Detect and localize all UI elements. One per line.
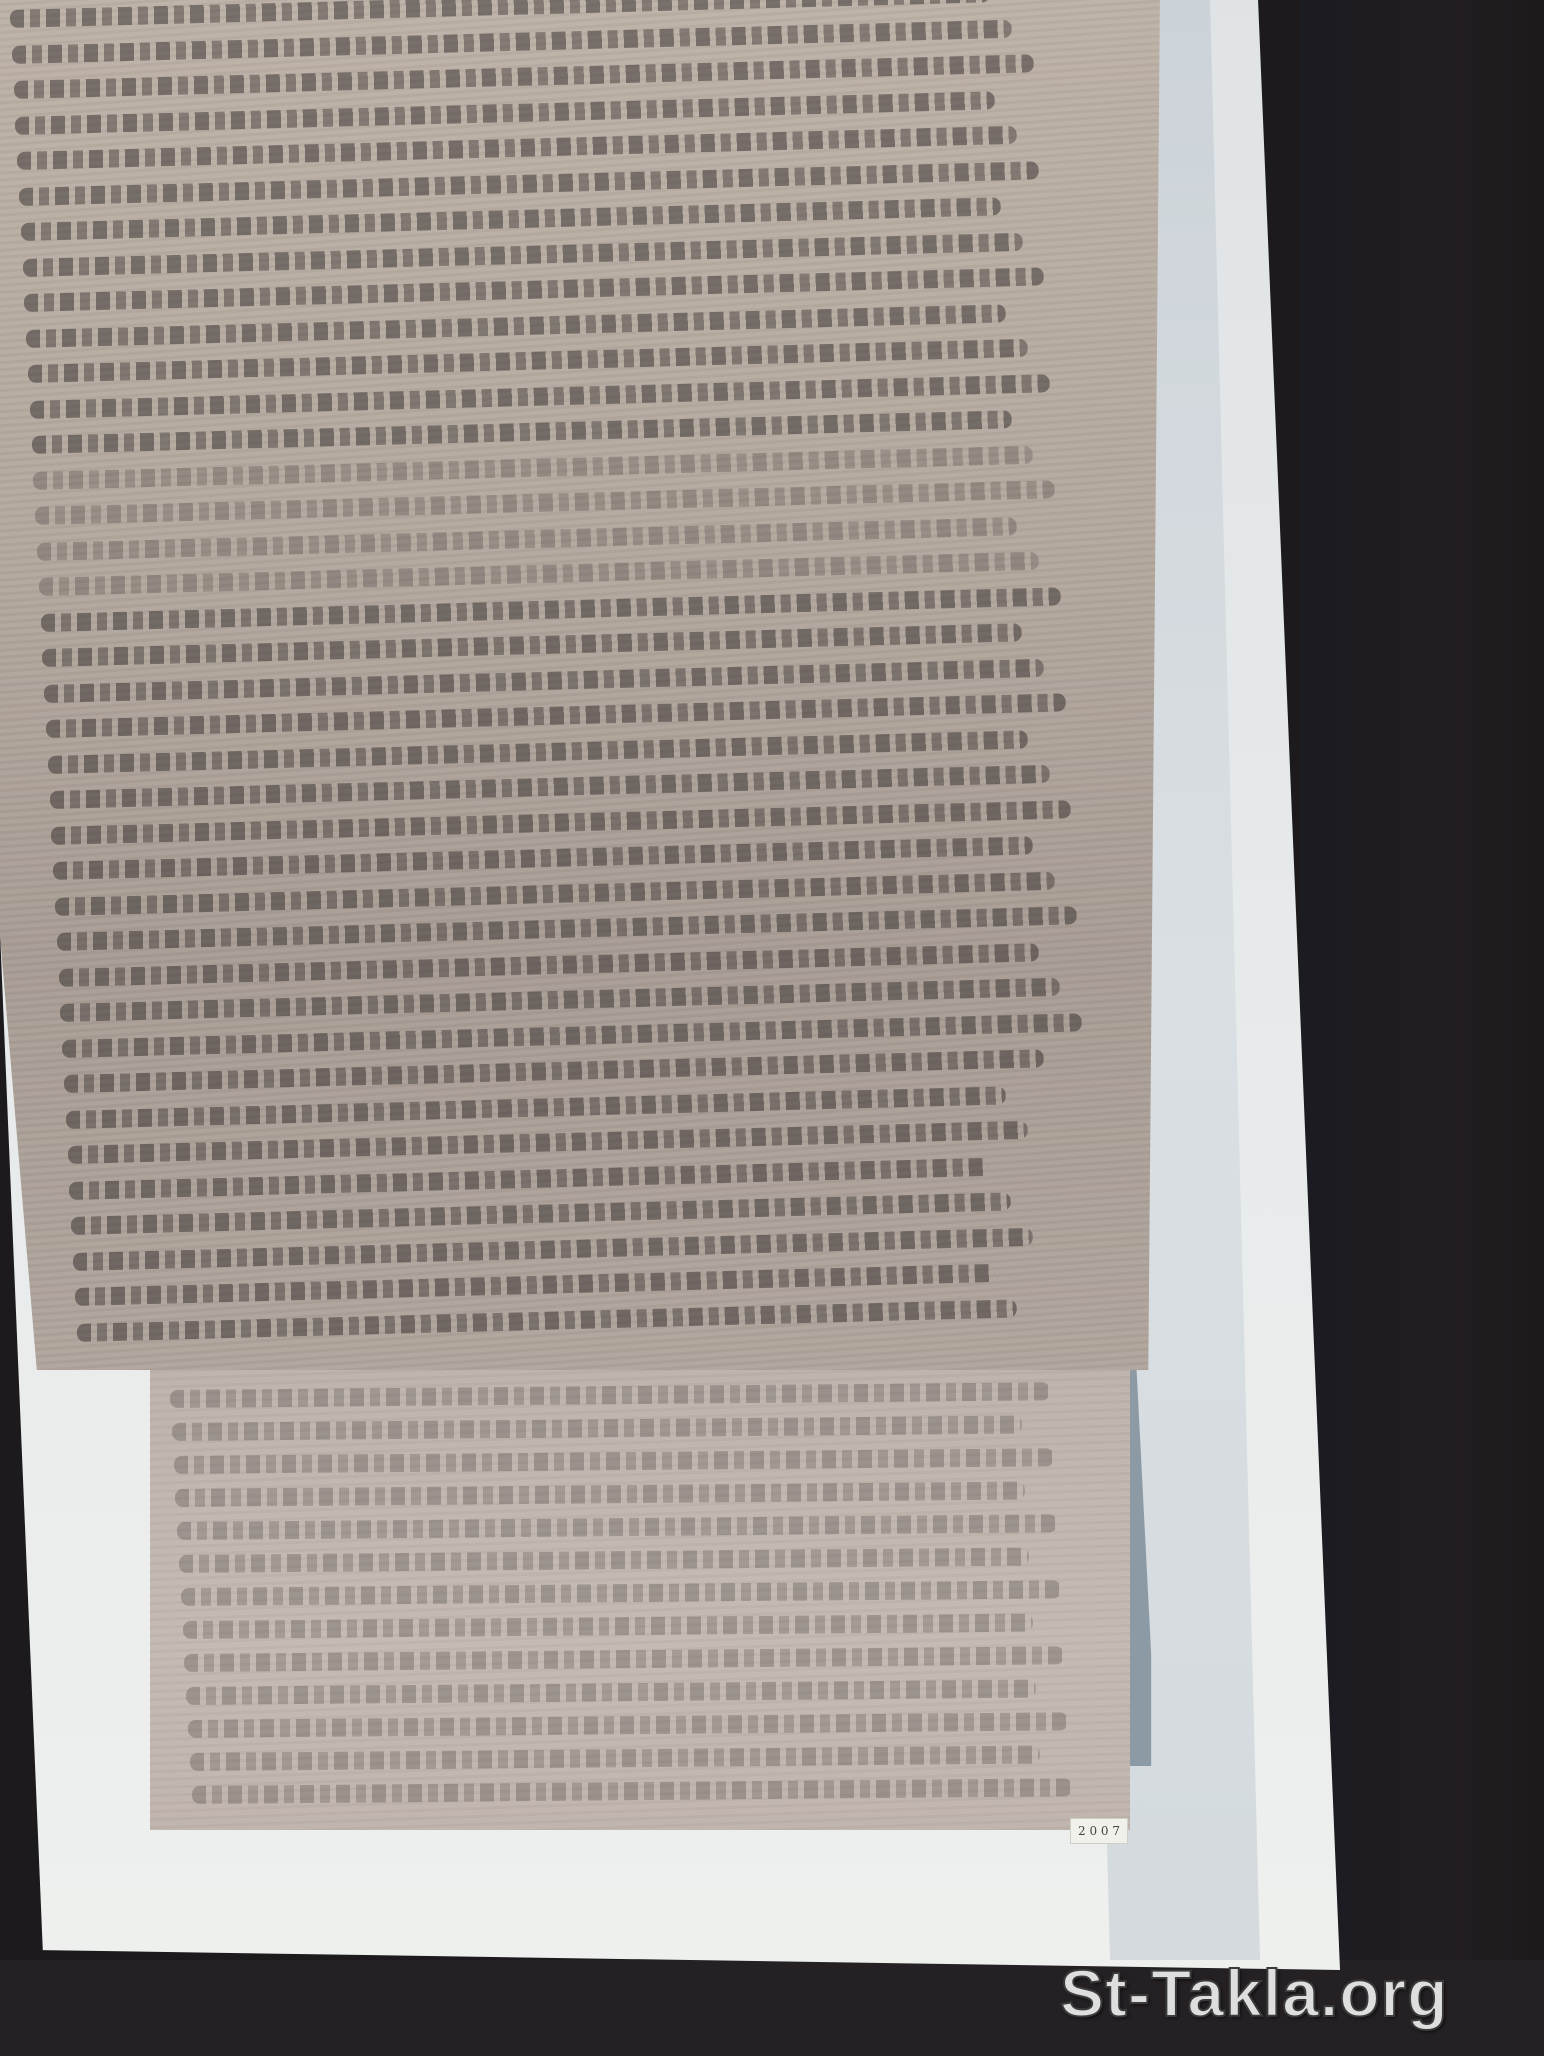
handwritten-text-line xyxy=(190,1746,1040,1771)
handwritten-text-line xyxy=(75,1264,995,1306)
handwritten-text-line xyxy=(175,1482,1025,1507)
handwritten-text-line xyxy=(67,1121,1027,1164)
handwritten-text-line xyxy=(186,1680,1036,1705)
handwritten-text-line xyxy=(64,1049,1044,1093)
handwritten-text-line xyxy=(181,1580,1061,1606)
handwritten-text-line xyxy=(44,658,1044,702)
handwritten-text-line xyxy=(13,54,1033,99)
handwritten-text-line xyxy=(174,1448,1054,1474)
handwritten-text-line xyxy=(15,91,995,135)
handwritten-text-line xyxy=(26,304,1006,348)
watermark: St-Takla.org xyxy=(1060,1955,1449,2031)
handwritten-text-line xyxy=(17,126,1017,170)
handwritten-text-line xyxy=(21,197,1001,241)
handwritten-text-line xyxy=(57,906,1077,951)
handwritten-text-line xyxy=(35,480,1055,525)
handwritten-text-line xyxy=(60,978,1060,1022)
handwritten-text-line xyxy=(62,1013,1082,1058)
handwritten-text-line xyxy=(19,161,1039,206)
handwritten-text-line xyxy=(55,871,1055,915)
handwritten-text-line xyxy=(177,1514,1057,1540)
handwritten-text-line xyxy=(192,1778,1072,1804)
handwritten-text-line xyxy=(39,552,1039,596)
handwritten-text-line xyxy=(66,1086,1006,1129)
handwritten-text-line xyxy=(188,1712,1068,1738)
handwritten-text-line xyxy=(51,800,1071,845)
handwritten-text-line xyxy=(184,1646,1064,1672)
handwritten-text-line xyxy=(12,19,1012,63)
handwritten-text-line xyxy=(22,232,1022,276)
handwritten-text-line xyxy=(33,445,1033,489)
handwritten-text-line xyxy=(42,623,1022,667)
handwritten-text-line xyxy=(28,339,1028,383)
handwritten-text-line xyxy=(31,410,1011,454)
handwritten-text-line xyxy=(179,1548,1029,1573)
handwritten-text-line xyxy=(76,1299,1016,1342)
papyrus-lower-fragment xyxy=(150,1370,1130,1830)
catalog-label-card: 2 0 0 7 xyxy=(1070,1818,1128,1844)
handwritten-text-line xyxy=(48,730,1028,774)
handwritten-text-line xyxy=(58,943,1038,987)
handwritten-text-line xyxy=(46,693,1066,738)
handwritten-text-line xyxy=(73,1227,1033,1270)
dark-background xyxy=(1300,0,1544,2056)
handwritten-text-line xyxy=(69,1157,989,1199)
handwritten-text-line xyxy=(172,1416,1022,1441)
handwritten-text-line xyxy=(49,765,1049,809)
handwritten-text-line xyxy=(40,587,1060,632)
handwritten-text-line xyxy=(30,374,1050,419)
handwritten-text-line xyxy=(170,1382,1050,1408)
handwritten-text-line xyxy=(53,836,1033,880)
handwritten-text-line xyxy=(71,1192,1011,1235)
handwritten-text-line xyxy=(24,267,1044,312)
handwritten-text-line xyxy=(37,517,1017,561)
handwritten-text-line xyxy=(183,1614,1033,1639)
papyrus-upper-sheet xyxy=(0,0,1160,1370)
